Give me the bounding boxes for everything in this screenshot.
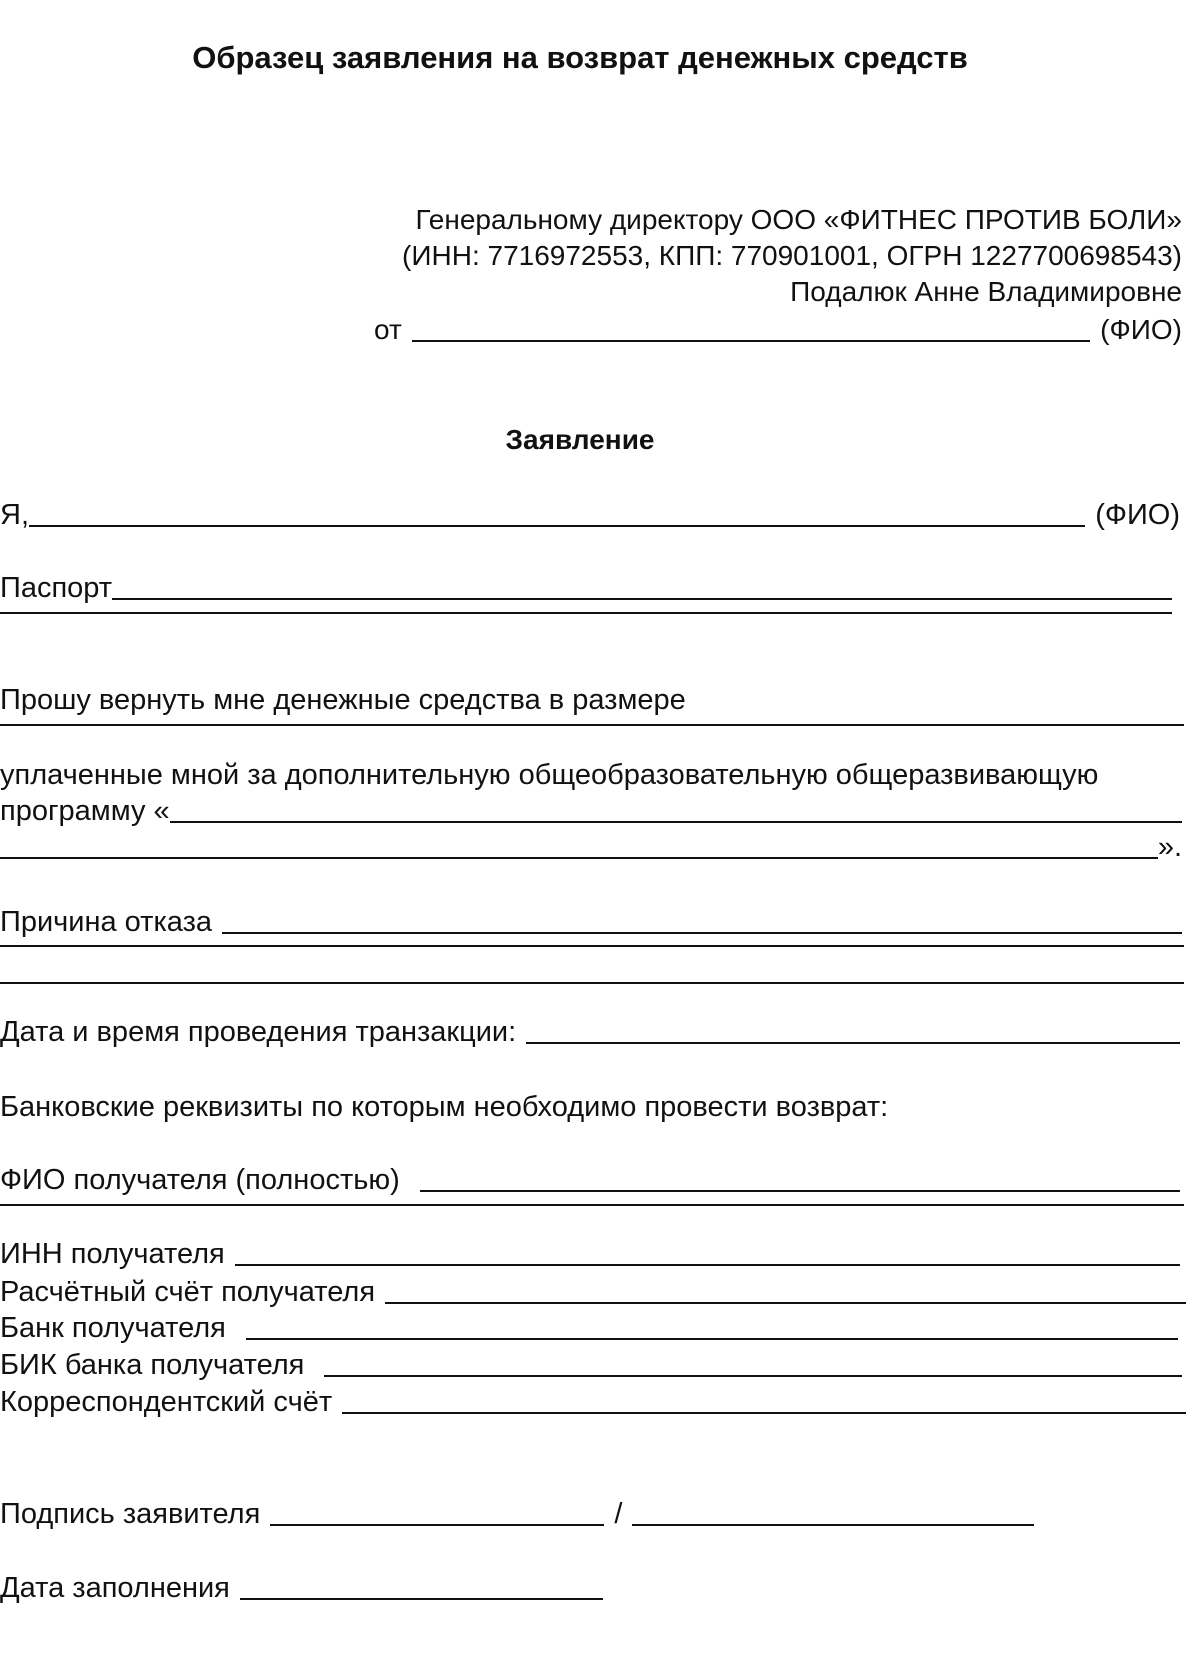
request-amount-row (0, 721, 1184, 723)
request-line-3: уплаченные мной за дополнительную общеоб… (0, 757, 1098, 793)
passport-label: Паспорт (0, 570, 112, 606)
bank-details-heading-text: Банковские реквизиты по которым необходи… (0, 1089, 888, 1125)
refusal-reason-row-3 (0, 979, 1184, 981)
refund-amount-field[interactable] (0, 724, 1184, 726)
refusal-reason-field[interactable] (222, 932, 1182, 934)
recipient-bank-field[interactable] (246, 1338, 1178, 1340)
recipient-bik-row: БИК банка получателя (0, 1347, 1182, 1383)
refusal-reason-row: Причина отказа (0, 904, 1182, 940)
transaction-datetime-field[interactable] (526, 1042, 1180, 1044)
passport-row-2 (0, 609, 1172, 611)
recipient-account-label: Расчётный счёт получателя (0, 1274, 375, 1310)
recipient-account-field[interactable] (385, 1302, 1186, 1304)
fill-date-label: Дата заполнения (0, 1570, 230, 1606)
fill-date-field[interactable] (240, 1598, 603, 1600)
recipient-bik-label: БИК банка получателя (0, 1347, 304, 1383)
program-close-quote: ». (1158, 829, 1182, 865)
addressee-line-2: (ИНН: 7716972553, КПП: 770901001, ОГРН 1… (402, 238, 1182, 274)
from-label: от (374, 312, 402, 348)
recipient-inn-label: ИНН получателя (0, 1236, 225, 1272)
refusal-reason-row-2 (0, 942, 1184, 944)
program-name-field[interactable] (170, 821, 1182, 823)
passport-field[interactable] (112, 598, 1172, 600)
transaction-datetime-row: Дата и время проведения транзакции: (0, 1014, 1180, 1050)
signature-label: Подпись заявителя (0, 1496, 260, 1532)
recipient-inn-row: ИНН получателя (0, 1236, 1180, 1272)
recipient-name-label: ФИО получателя (полностью) (0, 1162, 400, 1198)
recipient-inn-field[interactable] (235, 1264, 1180, 1266)
recipient-account-row: Расчётный счёт получателя (0, 1274, 1186, 1310)
document-title: Образец заявления на возврат денежных ср… (0, 38, 1160, 78)
program-label: программу « (0, 793, 170, 829)
recipient-bik-field[interactable] (324, 1375, 1182, 1377)
from-fio-hint: (ФИО) (1100, 312, 1182, 348)
signature-name-field[interactable] (632, 1524, 1034, 1526)
addressee-from-row: от (ФИО) (374, 312, 1182, 348)
applicant-prefix: Я, (0, 497, 29, 533)
applicant-name-field[interactable] (29, 525, 1085, 527)
signature-field[interactable] (270, 1524, 604, 1526)
transaction-datetime-label: Дата и время проведения транзакции: (0, 1014, 516, 1050)
request-text-1: Прошу вернуть мне денежные средства в ра… (0, 682, 686, 718)
refusal-reason-field-2[interactable] (0, 945, 1184, 947)
recipient-name-row: ФИО получателя (полностью) (0, 1162, 1180, 1198)
applicant-fio-hint: (ФИО) (1095, 497, 1180, 533)
program-row-2: ». (0, 829, 1182, 865)
statement-heading: Заявление (0, 422, 1160, 458)
program-row: программу « (0, 793, 1182, 829)
corr-account-label: Корреспондентский счёт (0, 1384, 332, 1420)
passport-field-2[interactable] (0, 612, 1172, 614)
bank-details-heading: Банковские реквизиты по которым необходи… (0, 1089, 888, 1125)
request-line-1: Прошу вернуть мне денежные средства в ра… (0, 682, 686, 718)
recipient-name-row-2 (0, 1201, 1184, 1203)
signature-separator: / (614, 1496, 622, 1532)
addressee-line-3: Подалюк Анне Владимировне (790, 274, 1182, 310)
corr-account-row: Корреспондентский счёт (0, 1384, 1186, 1420)
recipient-bank-label: Банк получателя (0, 1310, 226, 1346)
recipient-bank-row: Банк получателя (0, 1310, 1178, 1346)
corr-account-field[interactable] (342, 1412, 1186, 1414)
recipient-name-field-2[interactable] (0, 1204, 1184, 1206)
passport-row: Паспорт (0, 570, 1172, 606)
request-text-3: уплаченные мной за дополнительную общеоб… (0, 757, 1098, 793)
program-name-field-2[interactable] (0, 857, 1158, 859)
from-name-field[interactable] (412, 340, 1090, 342)
signature-row: Подпись заявителя / (0, 1496, 1034, 1532)
fill-date-row: Дата заполнения (0, 1570, 603, 1606)
refusal-reason-field-3[interactable] (0, 982, 1184, 984)
recipient-name-field[interactable] (420, 1190, 1180, 1192)
refusal-reason-label: Причина отказа (0, 904, 212, 940)
addressee-line-1: Генеральному директору ООО «ФИТНЕС ПРОТИ… (416, 202, 1183, 238)
applicant-row: Я, (ФИО) (0, 497, 1180, 533)
